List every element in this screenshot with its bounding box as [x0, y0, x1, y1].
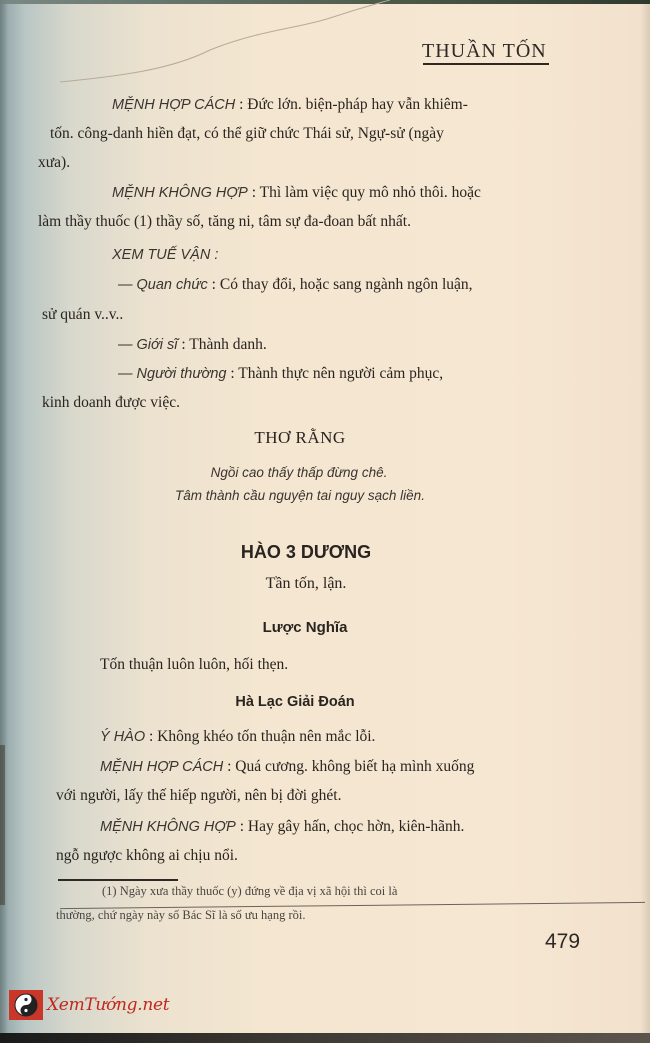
paragraph-line: sử quán v..v..	[42, 300, 123, 329]
paper-fold-line	[60, 902, 645, 909]
paragraph-line: làm thầy thuốc (1) thầy số, tăng ni, tâm…	[38, 207, 411, 236]
page-top-edge	[0, 0, 650, 4]
spine-mark	[0, 745, 5, 905]
chapter-subtitle: Tần tốn, lận.	[0, 575, 631, 593]
paragraph-line: Ý HÀO : Không khéo tốn thuận nên mắc lỗi…	[100, 722, 375, 752]
paragraph-line: — Giới sĩ : Thành danh.	[118, 330, 267, 360]
footnote-line: thường, chứ ngày này số Bác Sĩ là số ưu …	[56, 908, 305, 923]
paragraph-text: : Có thay đổi, hoặc sang ngành ngôn luận…	[208, 276, 473, 293]
paragraph-text: : Hay gây hấn, chọc hờn, kiên-hãnh.	[236, 818, 465, 835]
running-title: THUẦN TỐN	[422, 40, 547, 63]
paragraph-line: với người, lấy thế hiếp người, nên bị đờ…	[56, 781, 342, 810]
paragraph-text: : Không khéo tốn thuận nên mắc lỗi.	[145, 728, 375, 745]
paragraph-line: MỆNH KHÔNG HỢP : Thì làm việc quy mô nhỏ…	[112, 178, 481, 208]
page-bottom-edge	[0, 1033, 650, 1043]
paper-crease	[60, 0, 390, 90]
paragraph-line: tốn. công-danh hiền đạt, có thể giữ chức…	[50, 119, 444, 148]
paragraph-line: kinh doanh được việc.	[42, 388, 180, 417]
section-label: XEM TUẾ VẬN :	[112, 247, 218, 263]
paragraph-text: : Quá cương. không biết hạ mình xuống	[223, 758, 474, 775]
paragraph-text: : Thành danh.	[178, 336, 267, 353]
paragraph-line: xưa).	[38, 148, 70, 177]
paragraph-line: MỆNH HỢP CÁCH : Quá cương. không biết hạ…	[100, 752, 474, 782]
watermark-logo[interactable]: XemTướng.net	[9, 990, 169, 1020]
poem-title: THƠ RẰNG	[0, 428, 625, 448]
yin-yang-icon	[9, 990, 43, 1020]
subsection-heading: Lược Nghĩa	[0, 619, 630, 636]
chapter-heading: HÀO 3 DƯƠNG	[0, 542, 631, 563]
footnote-line: (1) Ngày xưa thầy thuốc (y) đứng về địa …	[102, 884, 397, 899]
paragraph-line: Tốn thuận luôn luôn, hối thẹn.	[100, 650, 288, 679]
subsection-heading: Hà Lạc Giải Đoán	[0, 694, 620, 710]
footnote-rule	[58, 879, 178, 881]
paragraph-line: — Quan chức : Có thay đổi, hoặc sang ngà…	[118, 270, 473, 300]
section-label: — Giới sĩ	[118, 337, 178, 353]
page-number: 479	[545, 930, 580, 954]
paragraph-line: — Người thường : Thành thực nên người cả…	[118, 359, 443, 389]
poem-line: Ngồi cao thấy thấp đừng chê.	[0, 465, 624, 480]
section-heading: XEM TUẾ VẬN :	[112, 240, 218, 270]
paragraph-line: ngỗ ngược không ai chịu nổi.	[56, 841, 238, 870]
paragraph-text: : Thì làm việc quy mô nhỏ thôi. hoặc	[248, 184, 481, 201]
section-label: MỆNH KHÔNG HỢP	[100, 819, 236, 835]
section-label: MỆNH HỢP CÁCH	[100, 759, 223, 775]
section-label: MỆNH HỢP CÁCH	[112, 97, 235, 113]
watermark-text: XemTướng.net	[47, 995, 169, 1015]
paragraph-text: : Đức lớn. biện-pháp hay vẫn khiêm-	[235, 96, 468, 113]
paragraph-line: MỆNH HỢP CÁCH : Đức lớn. biện-pháp hay v…	[112, 90, 468, 120]
section-label: MỆNH KHÔNG HỢP	[112, 185, 248, 201]
paragraph-line: MỆNH KHÔNG HỢP : Hay gây hấn, chọc hờn, …	[100, 812, 464, 842]
section-label: — Quan chức	[118, 277, 208, 293]
running-title-rule	[423, 63, 549, 65]
poem-line: Tâm thành cầu nguyện tai nguy sạch liền.	[0, 488, 625, 503]
paragraph-text: : Thành thực nên người cảm phục,	[226, 365, 443, 382]
section-label: Ý HÀO	[100, 729, 145, 745]
section-label: — Người thường	[118, 366, 226, 382]
